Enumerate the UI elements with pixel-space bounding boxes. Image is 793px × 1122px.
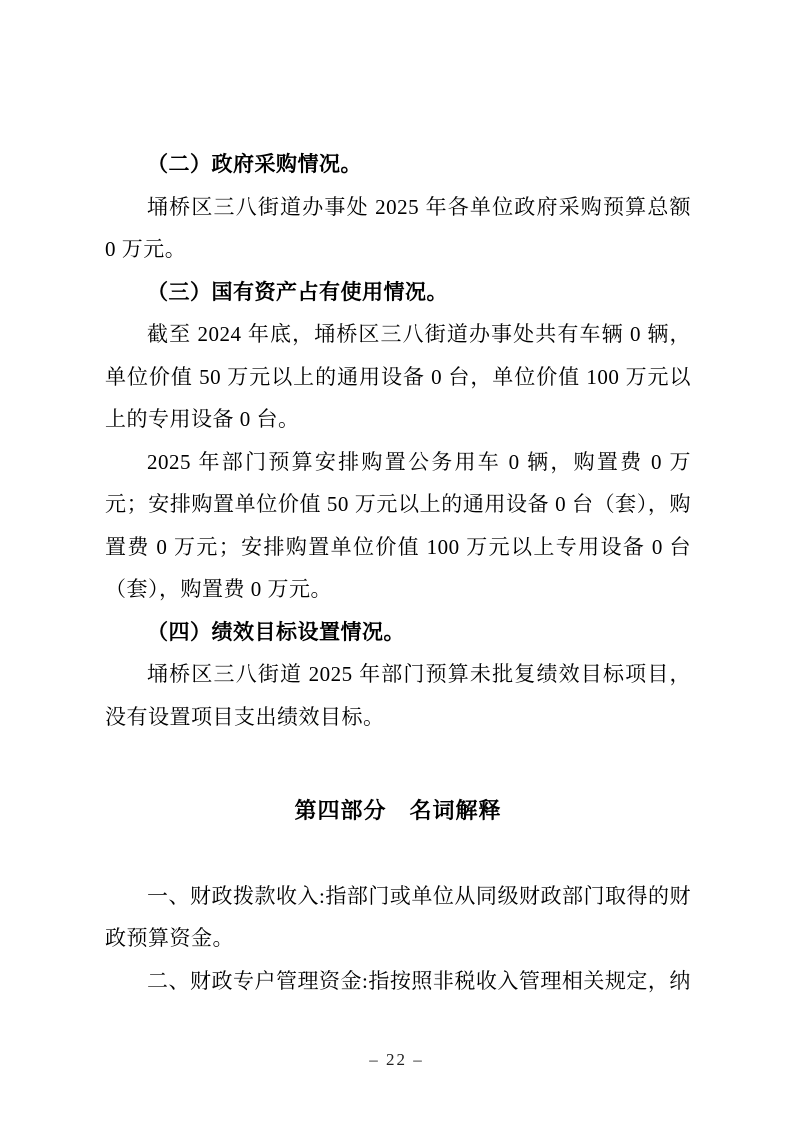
paragraph-term-special-account-funds: 二、财政专户管理资金:指按照非税收入管理相关规定，纳 xyxy=(105,960,691,1003)
paragraph-assets-planned: 2025 年部门预算安排购置公务用车 0 辆，购置费 0 万元；安排购置单位价值… xyxy=(105,441,691,611)
part-heading-glossary: 第四部分 名词解释 xyxy=(105,790,691,833)
section-heading-performance-targets: （四）绩效目标设置情况。 xyxy=(105,611,691,654)
paragraph-procurement-budget: 埇桥区三八街道办事处 2025 年各单位政府采购预算总额 0 万元。 xyxy=(105,186,691,271)
page-content: （二）政府采购情况。 埇桥区三八街道办事处 2025 年各单位政府采购预算总额 … xyxy=(105,143,691,1002)
section-heading-state-assets: （三）国有资产占有使用情况。 xyxy=(105,271,691,314)
paragraph-assets-current: 截至 2024 年底，埇桥区三八街道办事处共有车辆 0 辆，单位价值 50 万元… xyxy=(105,313,691,441)
paragraph-performance-targets: 埇桥区三八街道 2025 年部门预算未批复绩效目标项目，没有设置项目支出绩效目标… xyxy=(105,653,691,738)
paragraph-term-fiscal-appropriation: 一、财政拨款收入:指部门或单位从同级财政部门取得的财政预算资金。 xyxy=(105,875,691,960)
page-number: – 22 – xyxy=(0,1050,793,1070)
document-page: （二）政府采购情况。 埇桥区三八街道办事处 2025 年各单位政府采购预算总额 … xyxy=(0,0,793,1122)
section-heading-government-procurement: （二）政府采购情况。 xyxy=(105,143,691,186)
